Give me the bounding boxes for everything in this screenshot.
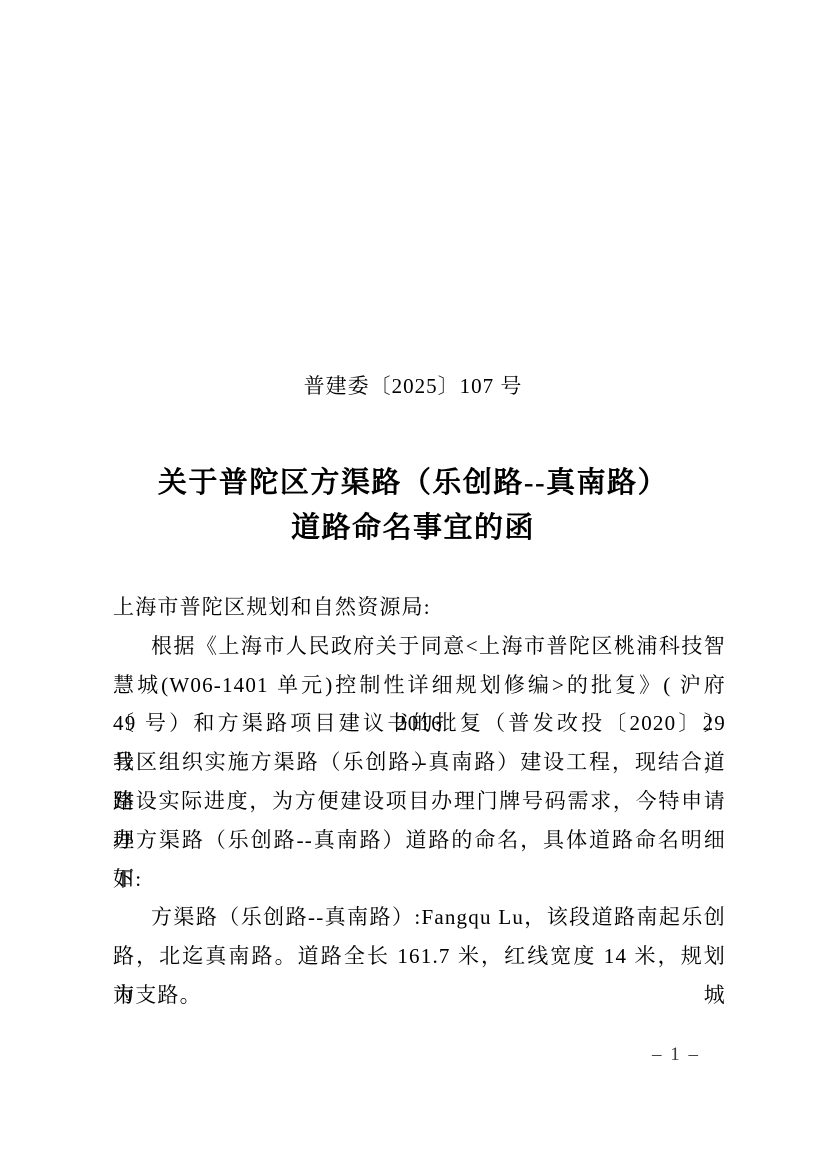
- document-title: 关于普陀区方渠路（乐创路--真南路） 道路命名事宜的函: [0, 461, 826, 551]
- body-line: 方渠路（乐创路--真南路）:Fangqu Lu，该段道路南起乐创: [113, 898, 726, 937]
- body-line: 路，北迄真南路。道路全长 161.7 米，红线宽度 14 米，规划为城: [113, 937, 726, 976]
- body-line: 建设实际进度，为方便建设项目办理门牌号码需求，今特申请办: [113, 782, 726, 821]
- document-body: 上海市普陀区规划和自然资源局: 根据《上海市人民政府关于同意<上海市普陀区桃浦科…: [113, 588, 726, 1015]
- document-number: 普建委〔2025〕107 号: [0, 372, 826, 400]
- body-line: 下:: [113, 860, 726, 899]
- body-line: 我区组织实施方渠路（乐创路--真南路）建设工程，现结合道路: [113, 743, 726, 782]
- document-title-line2: 道路命名事宜的函: [0, 506, 826, 551]
- page-number: – 1 –: [652, 1044, 700, 1066]
- body-line: 根据《上海市人民政府关于同意<上海市普陀区桃浦科技智: [113, 627, 726, 666]
- document-title-line1: 关于普陀区方渠路（乐创路--真南路）: [0, 461, 826, 506]
- document-page: 普建委〔2025〕107 号 关于普陀区方渠路（乐创路--真南路） 道路命名事宜…: [0, 0, 826, 1169]
- body-line: 慧城(W06-1401 单元)控制性详细规划修编>的批复》( 沪府〔2016〕: [113, 666, 726, 705]
- body-line: 49 号）和方渠路项目建议书的批复（普发改投〔2020〕29 号），: [113, 704, 726, 743]
- body-line: 理方渠路（乐创路--真南路）道路的命名，具体道路命名明细如: [113, 821, 726, 860]
- body-line-salutation: 上海市普陀区规划和自然资源局:: [113, 588, 726, 627]
